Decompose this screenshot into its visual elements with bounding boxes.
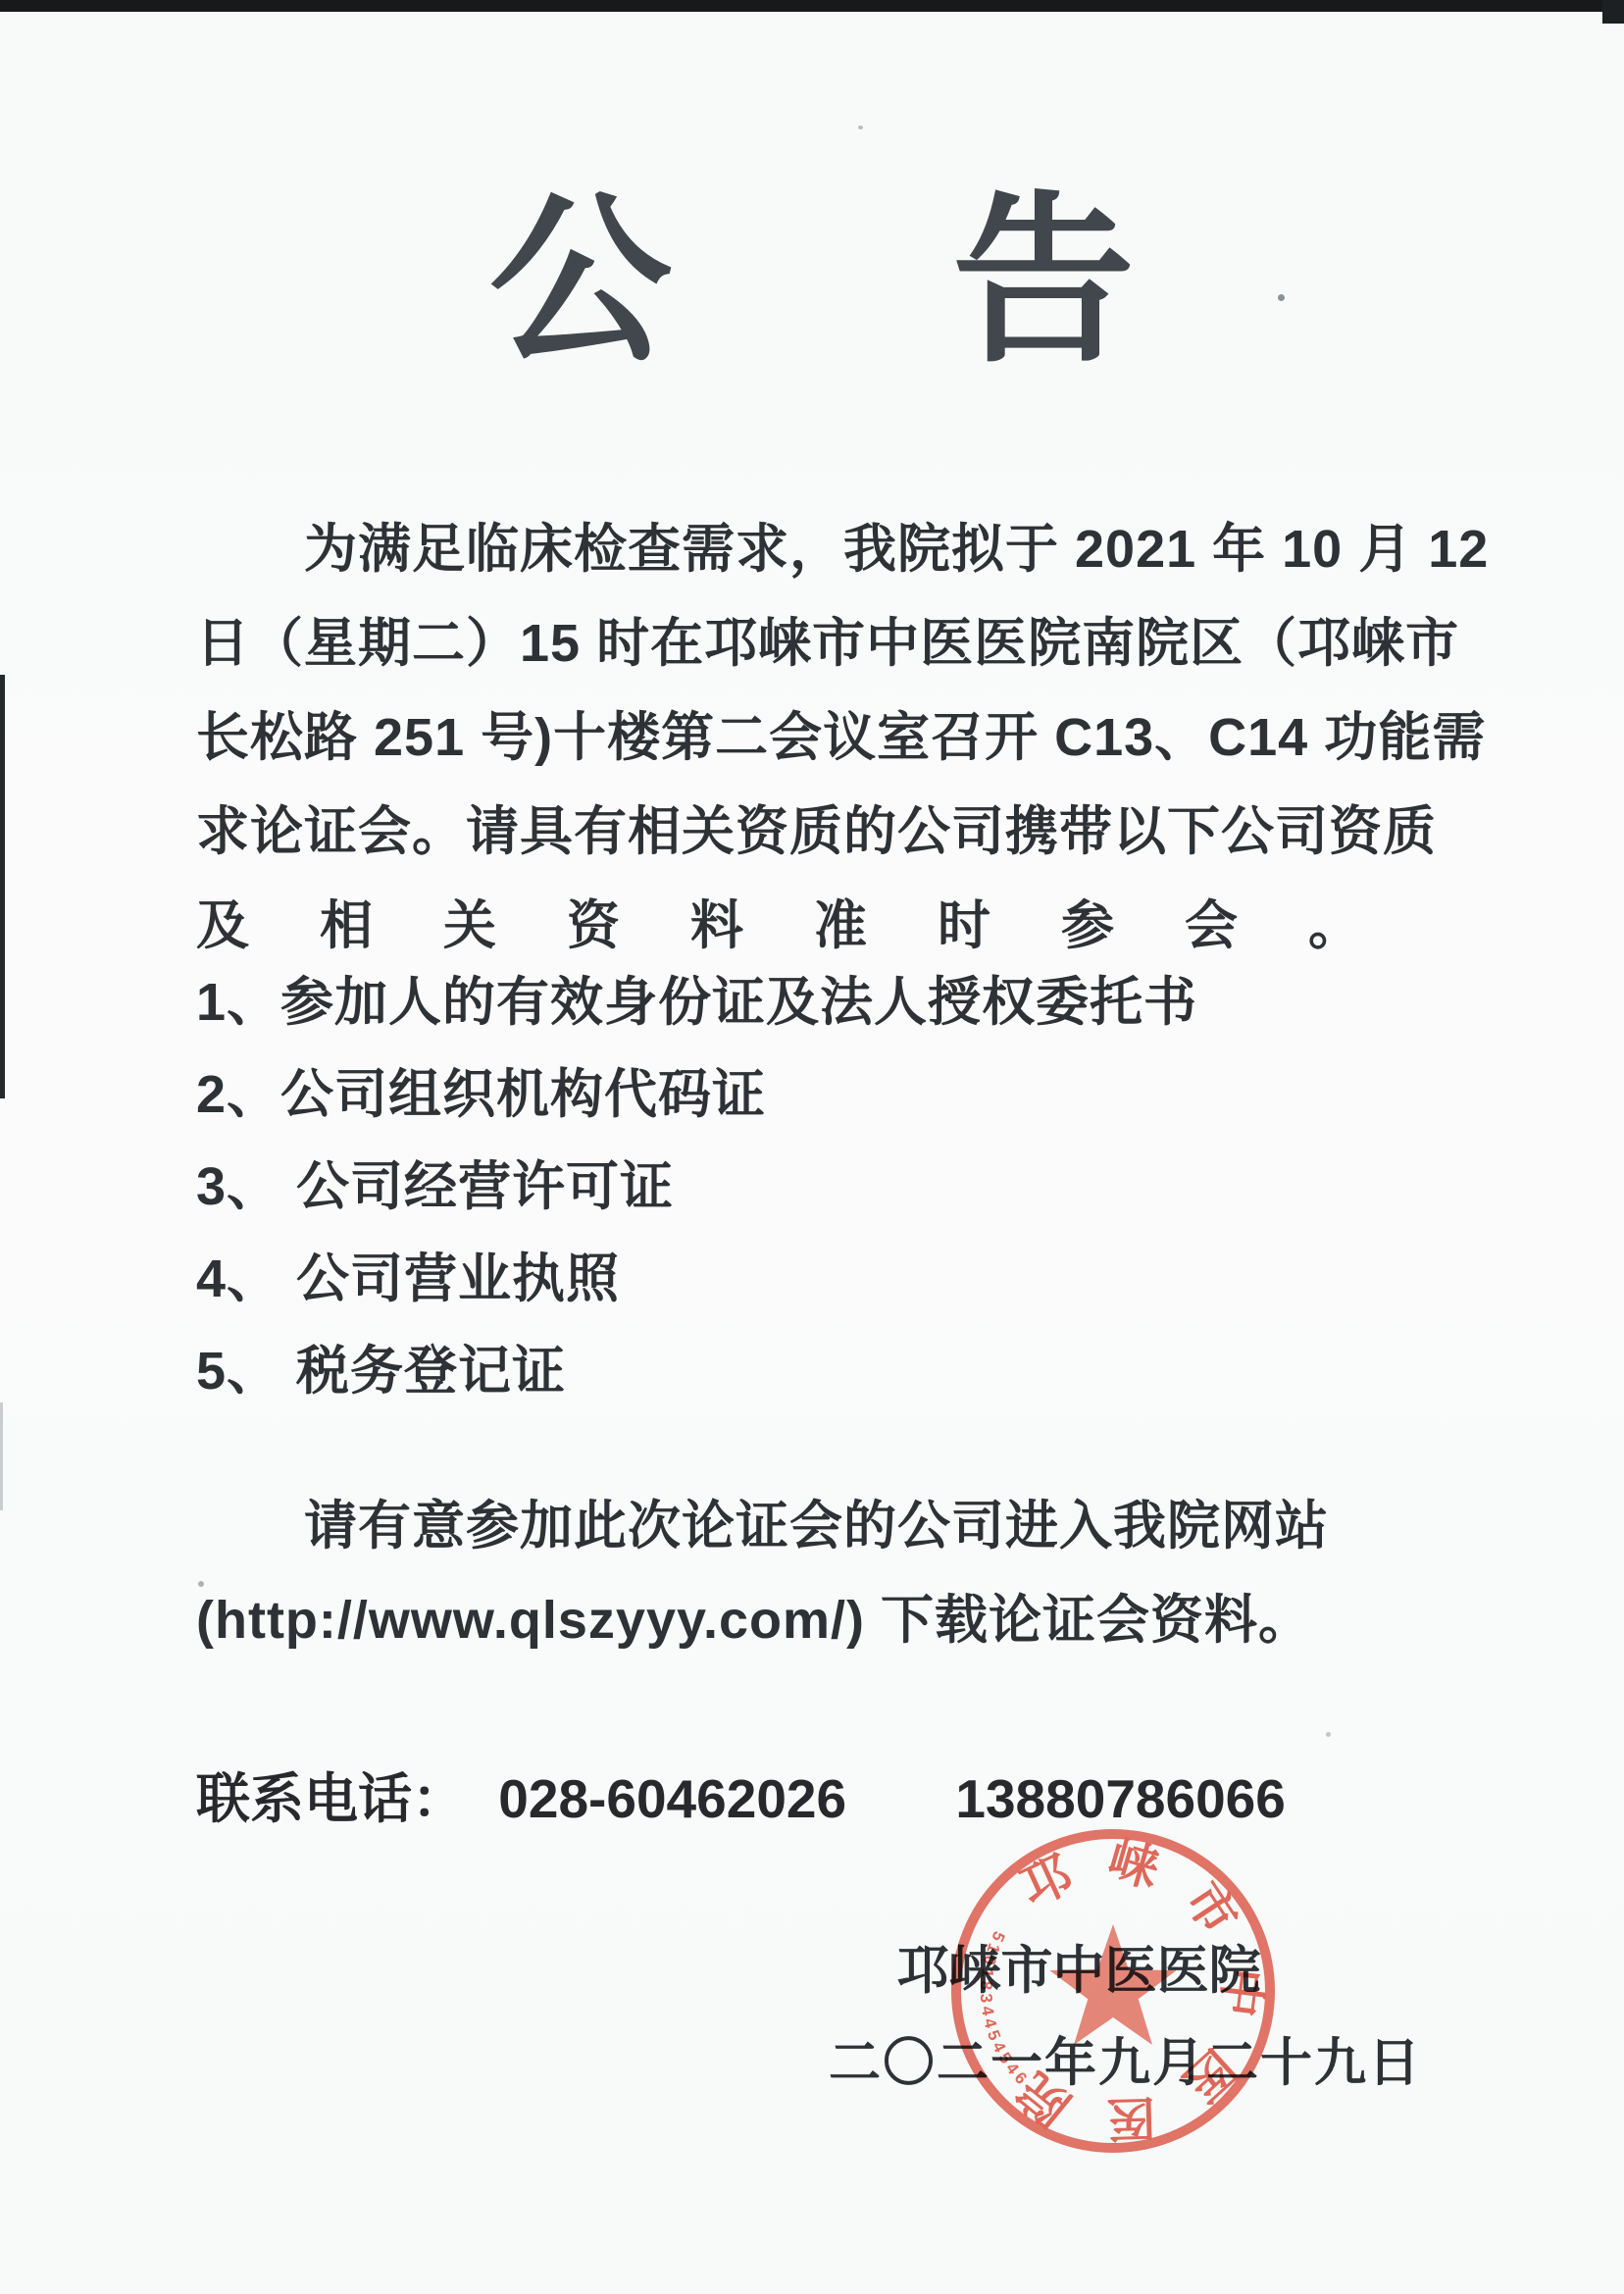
scanned-notice-page: 公 告 为满足临床检查需求，我院拟于 2021 年 10 月 12 日（星期二）… — [0, 0, 1624, 2294]
notice-paragraph-1: 为满足临床检查需求，我院拟于 2021 年 10 月 12 日（星期二）15 时… — [196, 502, 1442, 973]
scan-speck — [858, 126, 863, 129]
paragraph-line-website-url: (http://www.qlszyyy.com/) 下载论证会资料。 — [196, 1573, 1442, 1667]
list-item: 1、参加人的有效身份证及法人授权委托书 — [196, 956, 1442, 1048]
notice-title-char-2: 告 — [952, 182, 1135, 383]
notice-title: 公 告 — [0, 182, 1624, 383]
scan-speck — [1326, 1732, 1331, 1737]
paragraph-line: 为满足临床检查需求，我院拟于 2021 年 10 月 12 — [196, 502, 1442, 596]
contact-phone-1: 028-60462026 — [498, 1768, 846, 1829]
notice-paragraph-2: 请有意参加此次论证会的公司进入我院网站 (http://www.qlszyyy.… — [196, 1479, 1442, 1667]
requirements-list: 1、参加人的有效身份证及法人授权委托书 2、公司组织机构代码证 3、 公司经营许… — [196, 956, 1442, 1417]
list-item: 5、 税务登记证 — [196, 1325, 1442, 1417]
scan-edge-artifact-left-2 — [0, 1402, 3, 1510]
scan-edge-artifact-corner — [1602, 0, 1624, 24]
scan-edge-artifact-left — [0, 675, 5, 1098]
paragraph-line: 日（星期二）15 时在邛崃市中医医院南院区（邛崃市 — [196, 596, 1442, 690]
contact-label: 联系电话： — [196, 1768, 466, 1829]
list-item: 3、 公司经营许可证 — [196, 1141, 1442, 1233]
scan-edge-artifact-top — [0, 0, 1624, 12]
paragraph-line: 长松路 251 号)十楼第二会议室召开 C13、C14 功能需 — [196, 690, 1442, 785]
seal-star-icon — [1049, 1924, 1176, 2045]
notice-title-char-1: 公 — [489, 182, 672, 383]
list-item: 4、 公司营业执照 — [196, 1233, 1442, 1325]
paragraph-line: 求论证会。请具有相关资质的公司携带以下公司资质 — [196, 785, 1442, 879]
list-item: 2、公司组织机构代码证 — [196, 1048, 1442, 1141]
paragraph-line: 请有意参加此次论证会的公司进入我院网站 — [196, 1479, 1442, 1573]
official-red-seal: 邛崃市中医医院 5101834454546 — [932, 1810, 1294, 2172]
